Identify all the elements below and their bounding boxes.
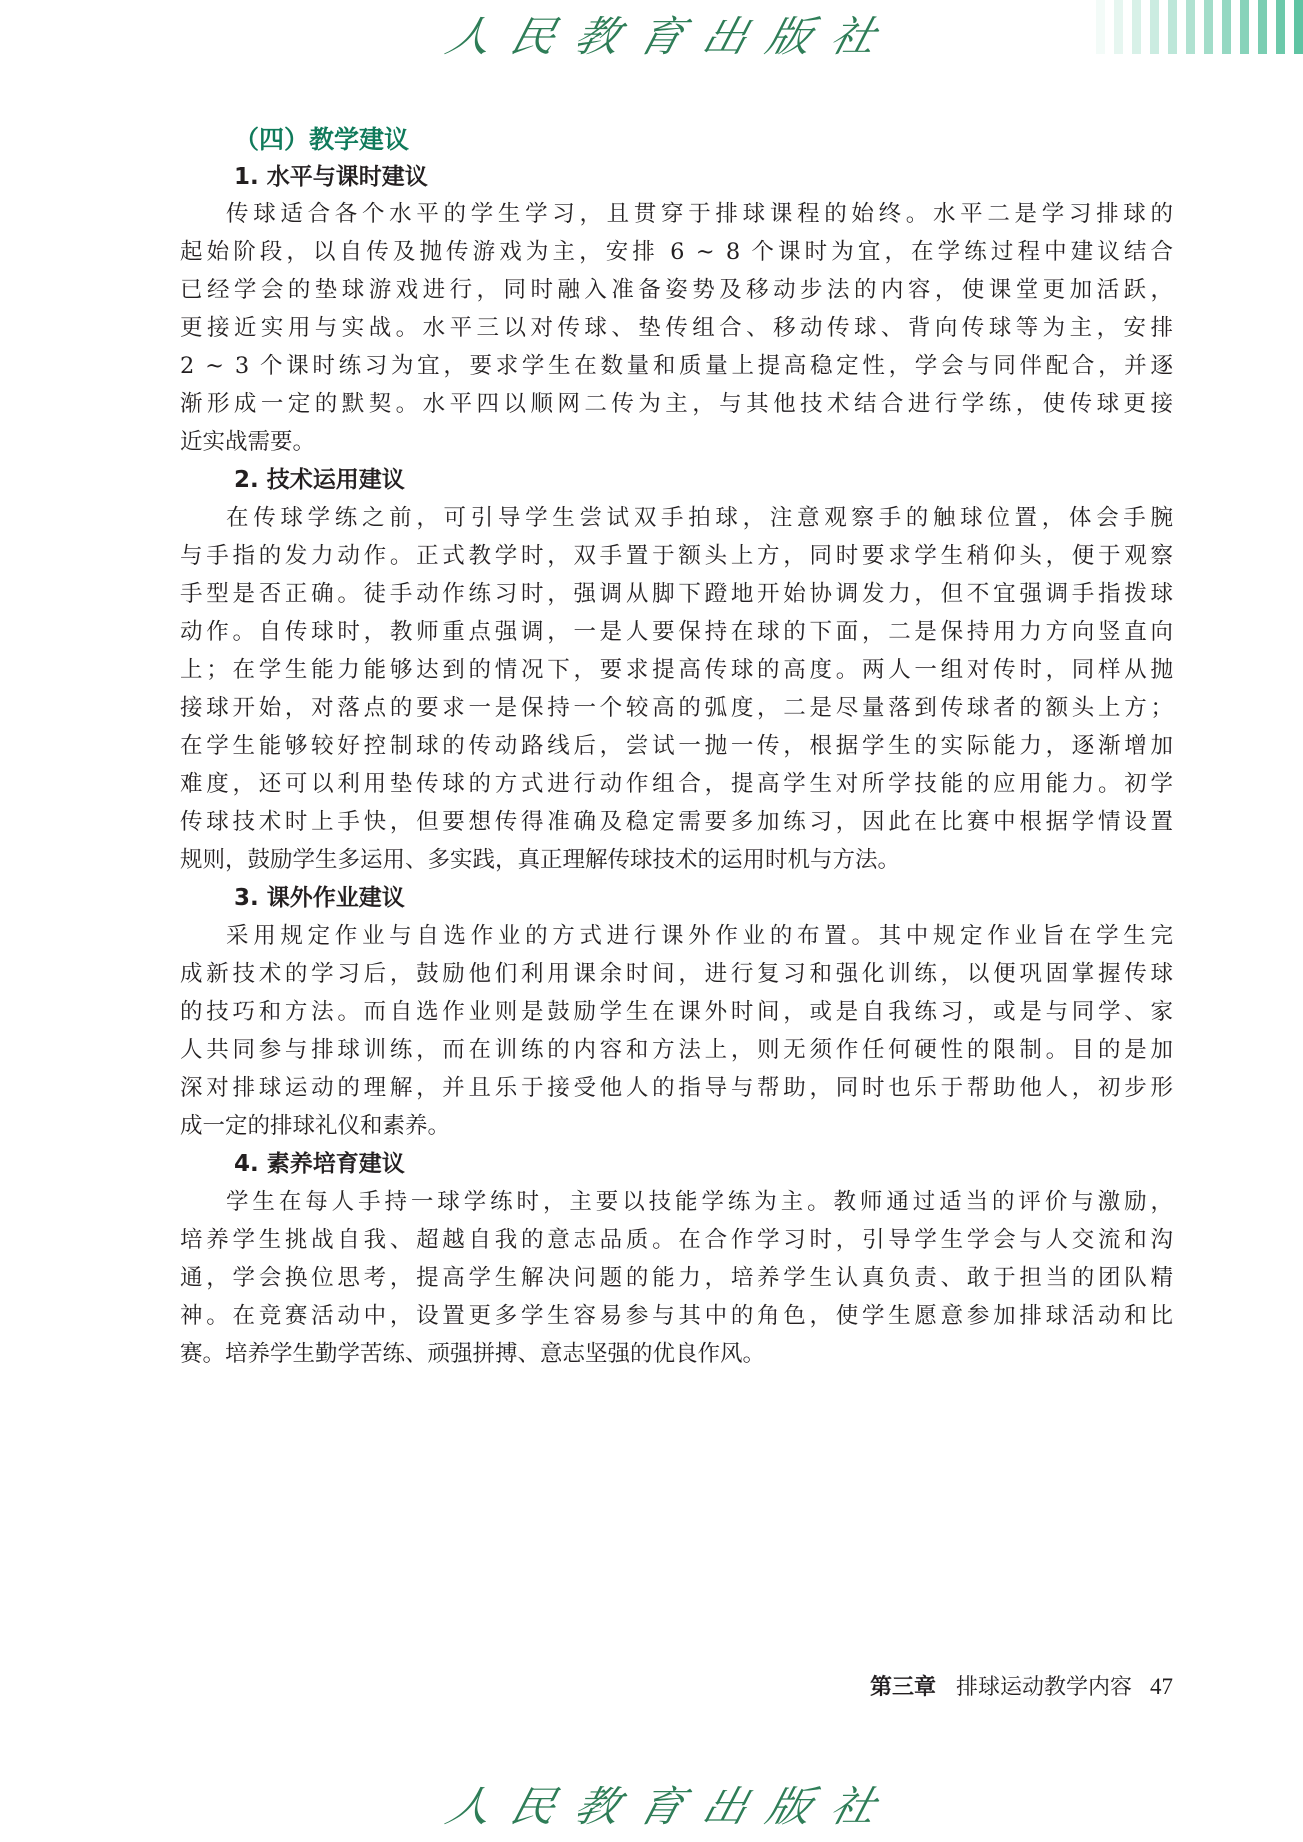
paragraph-line: 深对排球运动的理解，并且乐于接受他人的指导与帮助，同时也乐于帮助他人，初步形 [180,1073,1173,1103]
paragraph-line: 更接近实用与实战。水平三以对传球、垫传组合、移动传球、背向传球等为主，安排 [180,313,1173,343]
paragraph-line: 起始阶段，以自传及抛传游戏为主，安排 6 ~ 8 个课时为宜，在学练过程中建议结… [180,237,1173,267]
paragraph-line: 动作。自传球时，教师重点强调，一是人要保持在球的下面，二是保持用力方向竖直向 [180,617,1173,647]
running-footer: 第三章排球运动教学内容47 [870,1672,1173,1703]
paragraph-line: 成新技术的学习后，鼓励他们利用课余时间，进行复习和强化训练，以便巩固掌握传球 [180,959,1173,989]
paragraph-line: 通，学会换位思考，提高学生解决问题的能力，培养学生认真负责、敢于担当的团队精 [180,1263,1173,1293]
stripe [1276,0,1285,54]
paragraph-line: 手型是否正确。徒手动作练习时，强调从脚下蹬地开始协调发力，但不宜强调手指拨球 [180,579,1173,609]
subsection-heading-level-lessons: 1. 水平与课时建议 [234,162,428,192]
paragraph-line: 采用规定作业与自选作业的方式进行课外作业的布置。其中规定作业旨在学生完 [226,921,1173,951]
publisher-logo-text: 人民教育出版社 [440,9,854,66]
header-decorative-stripes [1100,0,1303,55]
subsection-heading-technique: 2. 技术运用建议 [234,465,405,495]
paragraph-line: 已经学会的垫球游戏进行，同时融入准备姿势及移动步法的内容，使课堂更加活跃， [180,275,1173,305]
chapter-name: 排球运动教学内容 [956,1675,1132,1700]
stripe [1114,0,1123,54]
paragraph-line: 在学生能够较好控制球的传动路线后，尝试一抛一传，根据学生的实际能力，逐渐增加 [180,731,1173,761]
stripe [1294,0,1303,54]
subsection-heading-literacy: 4. 素养培育建议 [234,1149,405,1179]
paragraph-line: 在传球学练之前，可引导学生尝试双手拍球，注意观察手的触球位置，体会手腕 [226,503,1173,533]
paragraph-line: 上；在学生能力能够达到的情况下，要求提高传球的高度。两人一组对传时，同样从抛 [180,655,1173,685]
paragraph-line: 学生在每人手持一球学练时，主要以技能学练为主。教师通过适当的评价与激励， [226,1187,1173,1217]
paragraph-line: 规则，鼓励学生多运用、多实践，真正理解传球技术的运用时机与方法。 [180,845,1173,875]
paragraph-line: 传球技术时上手快，但要想传得准确及稳定需要多加练习，因此在比赛中根据学情设置 [180,807,1173,837]
paragraph-line: 近实战需要。 [180,427,1173,457]
paragraph-line: 赛。培养学生勤学苦练、顽强拼搏、意志坚强的优良作风。 [180,1339,1173,1369]
stripe [1240,0,1249,54]
publisher-logo-text: 人民教育出版社 [440,1779,854,1836]
paragraph-line: 培养学生挑战自我、超越自我的意志品质。在合作学习时，引导学生学会与人交流和沟 [180,1225,1173,1255]
paragraph-line: 人共同参与排球训练，而在训练的内容和方法上，则无须作任何硬性的限制。目的是加 [180,1035,1173,1065]
paragraph-line: 与手指的发力动作。正式教学时，双手置于额头上方，同时要求学生稍仰头，便于观察 [180,541,1173,571]
paragraph-line: 传球适合各个水平的学生学习，且贯穿于排球课程的始终。水平二是学习排球的 [226,199,1173,229]
publisher-logo-header: 人民教育出版社 [440,6,840,66]
paragraph-line: 接球开始，对落点的要求一是保持一个较高的弧度，二是尽量落到传球者的额头上方； [180,693,1173,723]
paragraph-line: 的技巧和方法。而自选作业则是鼓励学生在课外时间，或是自我练习，或是与同学、家 [180,997,1173,1027]
paragraph-line: 2 ~ 3 个课时练习为宜，要求学生在数量和质量上提高稳定性，学会与同伴配合，并… [180,351,1173,381]
stripe [1096,0,1105,54]
paragraph-line: 成一定的排球礼仪和素养。 [180,1111,1173,1141]
chapter-number: 第三章 [870,1674,936,1700]
paragraph-line: 神。在竞赛活动中，设置更多学生容易参与其中的角色，使学生愿意参加排球活动和比 [180,1301,1173,1331]
stripe [1168,0,1177,54]
stripe [1204,0,1213,54]
stripe [1258,0,1267,54]
stripe [1222,0,1231,54]
paragraph-line: 难度，还可以利用垫传球的方式进行动作组合，提高学生对所学技能的应用能力。初学 [180,769,1173,799]
stripe [1132,0,1141,54]
stripe [1186,0,1195,54]
subsection-heading-homework: 3. 课外作业建议 [234,883,405,913]
page-number: 47 [1150,1674,1173,1699]
paragraph-line: 渐形成一定的默契。水平四以顺网二传为主，与其他技术结合进行学练，使传球更接 [180,389,1173,419]
section-title: （四）教学建议 [234,124,409,156]
stripe [1150,0,1159,54]
publisher-logo-footer: 人民教育出版社 [440,1776,840,1836]
